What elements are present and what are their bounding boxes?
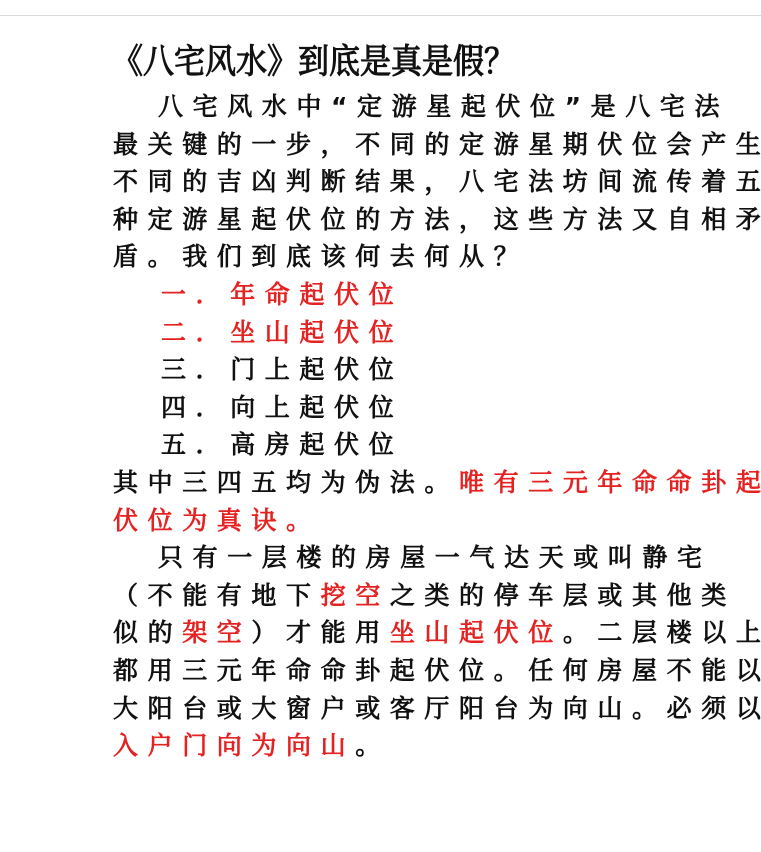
- paragraph2-line: 只有一层楼的房屋一气达天或叫静宅: [113, 539, 613, 577]
- top-divider: [0, 15, 761, 16]
- text-segment: （不能有地下: [113, 581, 321, 610]
- method-item-3: 三．门上起伏位: [113, 351, 613, 389]
- text-segment: 。二层楼以上: [563, 618, 761, 647]
- highlight-segment: 入户门向为向山: [113, 731, 355, 760]
- conclusion-text: 其中三四五均为伪法。: [113, 468, 459, 497]
- paragraph2-line: 大阳台或大窗户或客厅阳台为向山。必须以: [113, 690, 613, 728]
- text-segment: 。: [355, 731, 390, 760]
- document-body: 八宅风水中“定游星起伏位”是八宅法 最关键的一步，不同的定游星期伏位会产生 不同…: [113, 88, 613, 765]
- text-segment: 之类的停车层或其他类: [390, 581, 736, 610]
- page-title: 《八宅风水》到底是真是假？: [112, 40, 515, 84]
- paragraph1-line: 盾。我们到底该何去何从？: [113, 238, 613, 276]
- paragraph1-line: 最关键的一步，不同的定游星期伏位会产生: [113, 126, 613, 164]
- paragraph1-line: 种定游星起伏位的方法，这些方法又自相矛: [113, 201, 613, 239]
- highlight-segment: 挖空: [321, 581, 390, 610]
- conclusion-highlight-line: 伏位为真诀。: [113, 502, 613, 540]
- paragraph1-line: 八宅风水中“定游星起伏位”是八宅法: [113, 88, 613, 126]
- paragraph2-line: 都用三元年命命卦起伏位。任何房屋不能以: [113, 652, 613, 690]
- paragraph2-line: （不能有地下挖空之类的停车层或其他类: [113, 577, 613, 615]
- method-item-4: 四．向上起伏位: [113, 389, 613, 427]
- paragraph2-line: 入户门向为向山。: [113, 727, 613, 765]
- text-segment: ）才能用: [251, 618, 389, 647]
- conclusion-highlight: 唯有三元年命命卦起: [459, 468, 761, 497]
- text-segment: 似的: [113, 618, 182, 647]
- method-item-2: 二．坐山起伏位: [113, 314, 613, 352]
- highlight-segment: 坐山起伏位: [390, 618, 563, 647]
- method-item-1: 一．年命起伏位: [113, 276, 613, 314]
- highlight-segment: 架空: [182, 618, 251, 647]
- conclusion-line: 其中三四五均为伪法。唯有三元年命命卦起: [113, 464, 613, 502]
- method-item-5: 五．高房起伏位: [113, 426, 613, 464]
- paragraph1-line: 不同的吉凶判断结果，八宅法坊间流传着五: [113, 163, 613, 201]
- paragraph2-line: 似的架空）才能用坐山起伏位。二层楼以上: [113, 614, 613, 652]
